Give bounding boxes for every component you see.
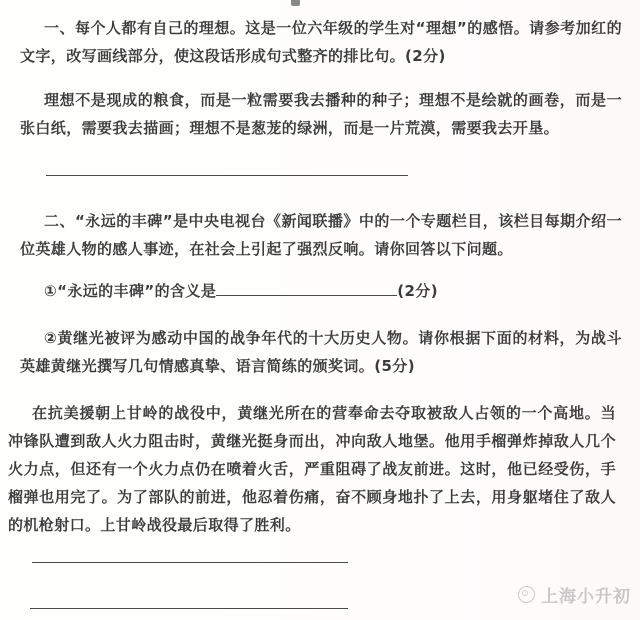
question-2-sub2: ②黄继光被评为感动中国的战争年代的十大历史人物。请你根据下面的材料，为战斗英雄黄… xyxy=(20,324,622,380)
material-paragraph: 在抗美援朝上甘岭的战役中，黄继光所在的营奉命去夺取被敌人占领的一个高地。当冲锋队… xyxy=(8,399,616,539)
answer-line-1 xyxy=(46,175,408,176)
question-2-sub1-prefix: ①“永远的丰碑”的含义是 xyxy=(44,282,216,300)
watermark: 上海小升初 xyxy=(518,582,631,607)
question-1-text: 一、每个人都有自己的理想。这是一位六年级的学生对“理想”的感悟。请参考加红的文字… xyxy=(20,14,622,70)
cropped-text-artifact xyxy=(291,0,300,6)
answer-line-2 xyxy=(32,562,348,563)
question-2-text: 二、“永远的丰碑”是中央电视台《新闻联播》中的一个专题栏目，该栏目每期介绍一位英… xyxy=(20,207,622,263)
exam-page: 一、每个人都有自己的理想。这是一位六年级的学生对“理想”的感悟。请参考加红的文字… xyxy=(0,0,640,609)
question-2-sub1: ①“永远的丰碑”的含义是(2分) xyxy=(20,277,622,305)
watermark-label: 上海小升初 xyxy=(541,582,631,607)
inline-answer-blank xyxy=(216,280,397,296)
watermark-logo-icon xyxy=(518,586,535,603)
answer-line-3 xyxy=(30,608,348,609)
question-2-sub1-score: (2分) xyxy=(397,282,438,300)
question-1-passage: 理想不是现成的粮食，而是一粒需要我去播种的种子；理想不是绘就的画卷，而是一张白纸… xyxy=(20,86,622,142)
